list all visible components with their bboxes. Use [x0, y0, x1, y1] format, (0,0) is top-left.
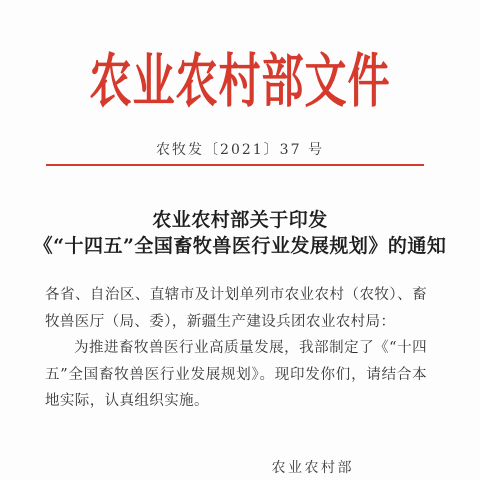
red-divider-line — [46, 164, 424, 166]
document-number: 农牧发〔2021〕37 号 — [0, 139, 480, 159]
document-body: 各省、自治区、直辖市及计划单列市农业农村（农牧）、畜牧兽医厅（局、委），新疆生产… — [45, 282, 427, 415]
document-page: 农业农村部文件 农牧发〔2021〕37 号 农业农村部关于印发 《“十四五”全国… — [0, 0, 480, 480]
addressee-paragraph: 各省、自治区、直辖市及计划单列市农业农村（农牧）、畜牧兽医厅（局、委），新疆生产… — [45, 282, 427, 335]
document-title: 农业农村部关于印发 《“十四五”全国畜牧兽医行业发展规划》的通知 — [0, 207, 480, 259]
document-title-line2: 《“十四五”全国畜牧兽医行业发展规划》的通知 — [0, 233, 480, 259]
signature: 农业农村部 — [272, 457, 355, 477]
body-paragraph: 为推进畜牧兽医行业高质量发展，我部制定了《“十四五”全国畜牧兽医行业发展规划》。… — [45, 335, 427, 415]
document-title-line1: 农业农村部关于印发 — [0, 207, 480, 233]
document-header-title: 农业农村部文件 — [0, 36, 480, 119]
